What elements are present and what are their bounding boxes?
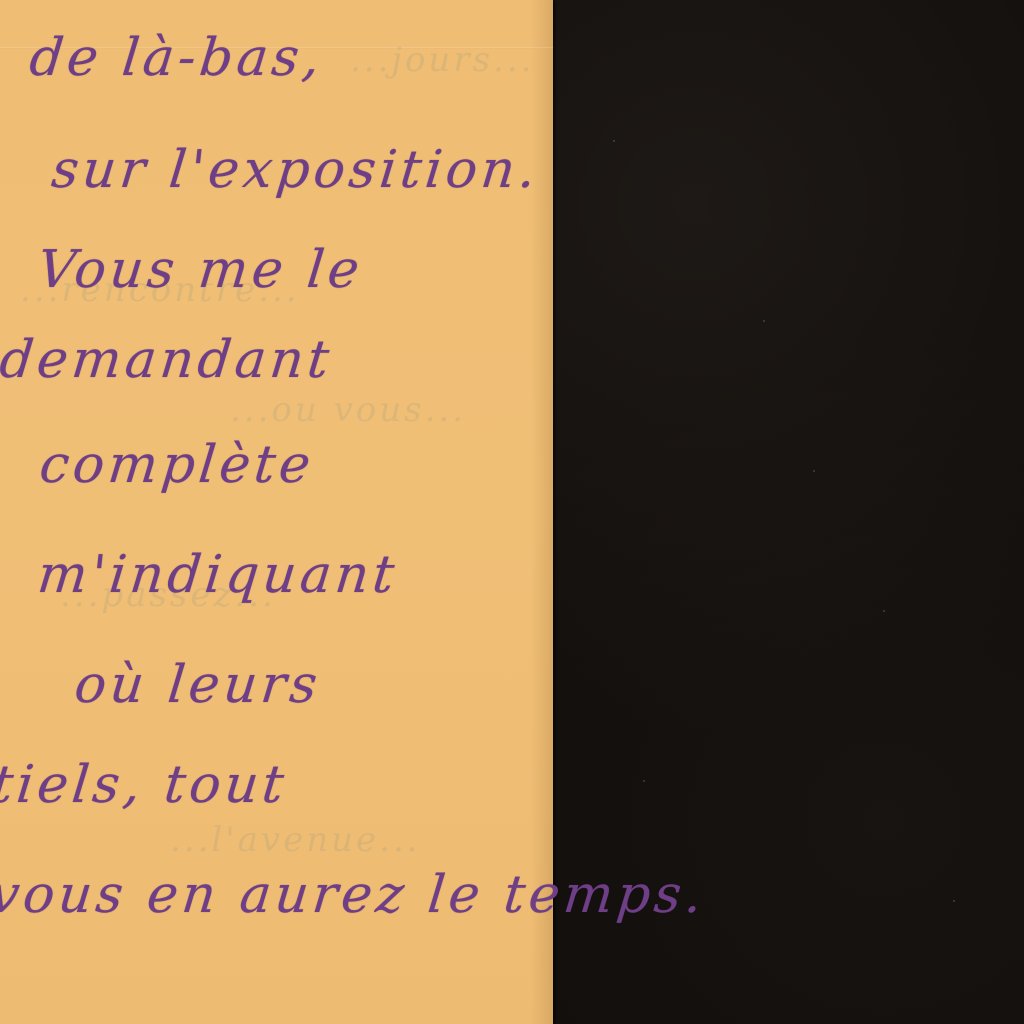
document-photo: ...jours... ...rencontre... ...ou vous..…	[0, 0, 1024, 1024]
handwritten-line-2: sur l'exposition.	[49, 140, 543, 200]
dust-speck	[643, 780, 645, 782]
dust-speck	[953, 900, 955, 902]
dust-speck	[813, 470, 815, 472]
handwritten-line-7: où leurs	[72, 655, 324, 715]
dust-speck	[763, 320, 765, 322]
letter-page: ...jours... ...rencontre... ...ou vous..…	[0, 0, 553, 1024]
dust-speck	[613, 140, 615, 142]
handwritten-line-6: m'indiquant	[35, 545, 401, 605]
handwritten-line-9: vous en aurez le temps.	[0, 865, 709, 925]
bleed-through-text: ...ou vous...	[230, 390, 466, 430]
bleed-through-text: ...l'avenue...	[170, 820, 421, 860]
bleed-through-text: ...jours...	[350, 40, 534, 80]
handwritten-line-1: de là-bas,	[27, 28, 327, 88]
handwritten-line-3: Vous me le	[35, 240, 366, 300]
handwritten-line-8: tiels, tout	[0, 755, 290, 815]
handwritten-line-4: demandant	[0, 330, 336, 390]
handwritten-line-5: complète	[37, 435, 317, 495]
dust-speck	[883, 610, 885, 612]
